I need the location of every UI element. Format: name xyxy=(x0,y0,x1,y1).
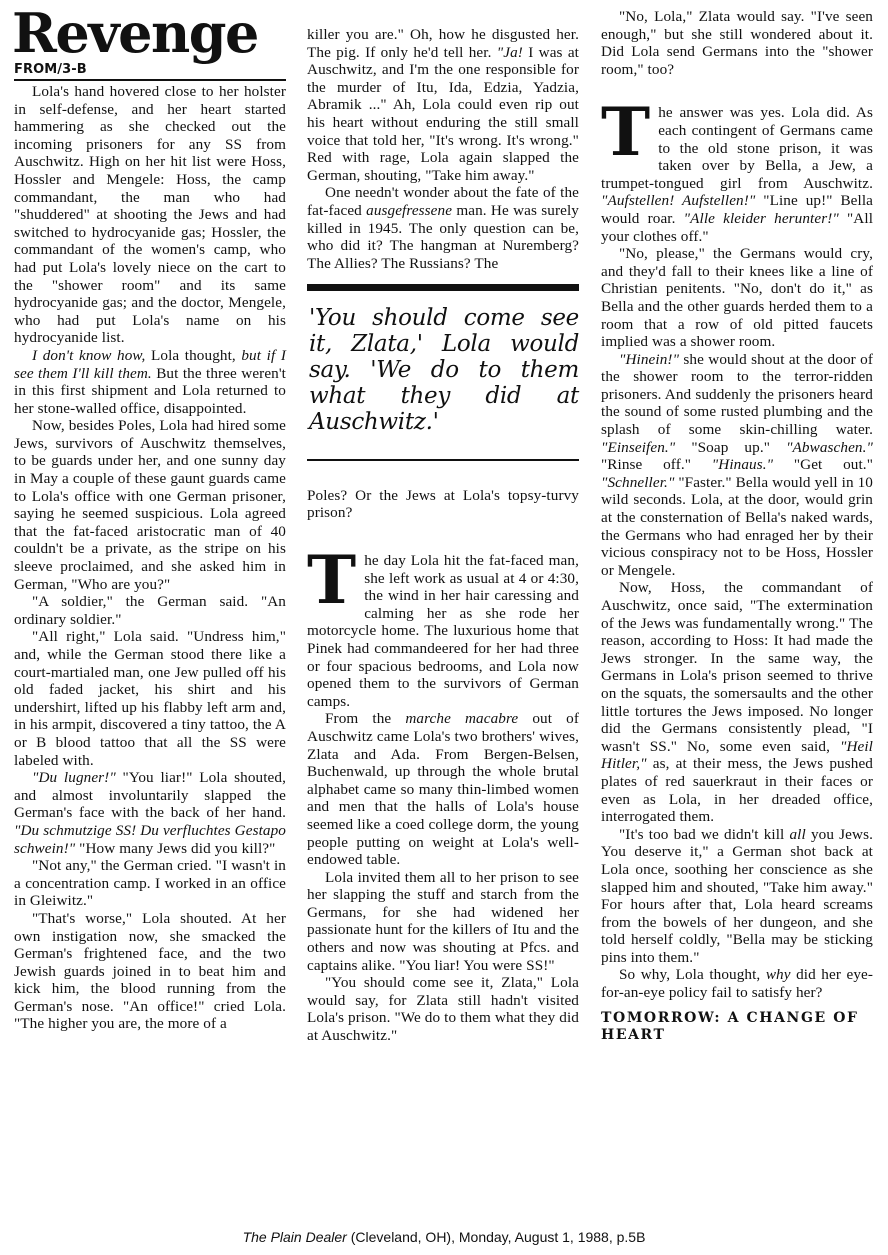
paragraph: Now, Hoss, the commandant of Auschwitz, … xyxy=(601,579,873,825)
italic-german: "Hinein!" xyxy=(619,351,679,368)
paragraph: One needn't wonder about the fate of the… xyxy=(307,184,579,272)
italic-emphasis: why xyxy=(766,966,791,983)
paragraph: From the marche macabre out of Auschwitz… xyxy=(307,710,579,868)
paragraph: Lola's hand hovered close to her holster… xyxy=(14,83,286,347)
paragraph: "You should come see it, Zlata," Lola wo… xyxy=(307,974,579,1044)
source-caption: The Plain Dealer (Cleveland, OH), Monday… xyxy=(0,1229,888,1245)
paragraph: "No, Lola," Zlata would say. "I've seen … xyxy=(601,8,873,78)
italic-thought: I don't know how, xyxy=(32,347,145,364)
article-column-2: killer you are." Oh, how he disgusted he… xyxy=(307,26,579,1045)
paragraph: "Hinein!" she would shout at the door of… xyxy=(601,351,873,580)
italic-german: "Aufstellen! Aufstellen!" xyxy=(601,192,755,209)
paragraph: "That's worse," Lola shouted. At her own… xyxy=(14,910,286,1033)
italic-phrase: marche macabre xyxy=(405,710,518,727)
paragraph-dropcap: The answer was yes. Lola did. As each co… xyxy=(601,104,873,245)
paragraph-dropcap: The day Lola hit the fat-faced man, she … xyxy=(307,552,579,710)
paragraph: So why, Lola thought, why did her eye-fo… xyxy=(601,966,873,1001)
paragraph: "Du lugner!" "You liar!" Lola shouted, a… xyxy=(14,769,286,857)
italic-german: "Alle kleider herunter!" xyxy=(684,210,839,227)
italic-german: "Hinaus." xyxy=(712,456,773,473)
pullquote-bottom-rule xyxy=(307,459,579,461)
paragraph: Poles? Or the Jews at Lola's topsy-turvy… xyxy=(307,487,579,522)
paragraph: "No, please," the Germans would cry, and… xyxy=(601,245,873,351)
next-installment-teaser: TOMORROW: A CHANGE OF HEART xyxy=(601,1010,873,1044)
paragraph: I don't know how, Lola thought, but if I… xyxy=(14,347,286,417)
paragraph: "All right," Lola said. "Undress him," a… xyxy=(14,628,286,769)
drop-cap: T xyxy=(601,106,650,158)
italic-german: ausgefressene xyxy=(366,202,452,219)
italic-german: "Ja! xyxy=(497,44,523,61)
paragraph: "Not any," the German cried. "I wasn't i… xyxy=(14,857,286,910)
italic-german: "Abwaschen." xyxy=(786,439,873,456)
article-column-1: Revenge FROM/3-B Lola's hand hovered clo… xyxy=(14,0,286,1033)
pullquote-top-rule xyxy=(307,284,579,291)
pull-quote: 'You should come see it, Zlata,' Lola wo… xyxy=(309,305,579,435)
paragraph: "It's too bad we didn't kill all you Jew… xyxy=(601,826,873,967)
italic-german: "Du lugner!" xyxy=(32,769,116,786)
drop-cap: T xyxy=(307,554,356,606)
headline: Revenge xyxy=(12,4,286,62)
publication-name: The Plain Dealer xyxy=(243,1229,347,1245)
italic-german: "Einseifen." xyxy=(601,439,675,456)
paragraph: Lola invited them all to her prison to s… xyxy=(307,869,579,975)
paragraph: Now, besides Poles, Lola had hired some … xyxy=(14,417,286,593)
paragraph: "A soldier," the German said. "An ordina… xyxy=(14,593,286,628)
italic-emphasis: all xyxy=(789,826,805,843)
italic-german: "Schneller." xyxy=(601,474,674,491)
article-column-3: "No, Lola," Zlata would say. "I've seen … xyxy=(601,8,873,1044)
paragraph: killer you are." Oh, how he disgusted he… xyxy=(307,26,579,184)
publication-details: (Cleveland, OH), Monday, August 1, 1988,… xyxy=(347,1229,646,1245)
